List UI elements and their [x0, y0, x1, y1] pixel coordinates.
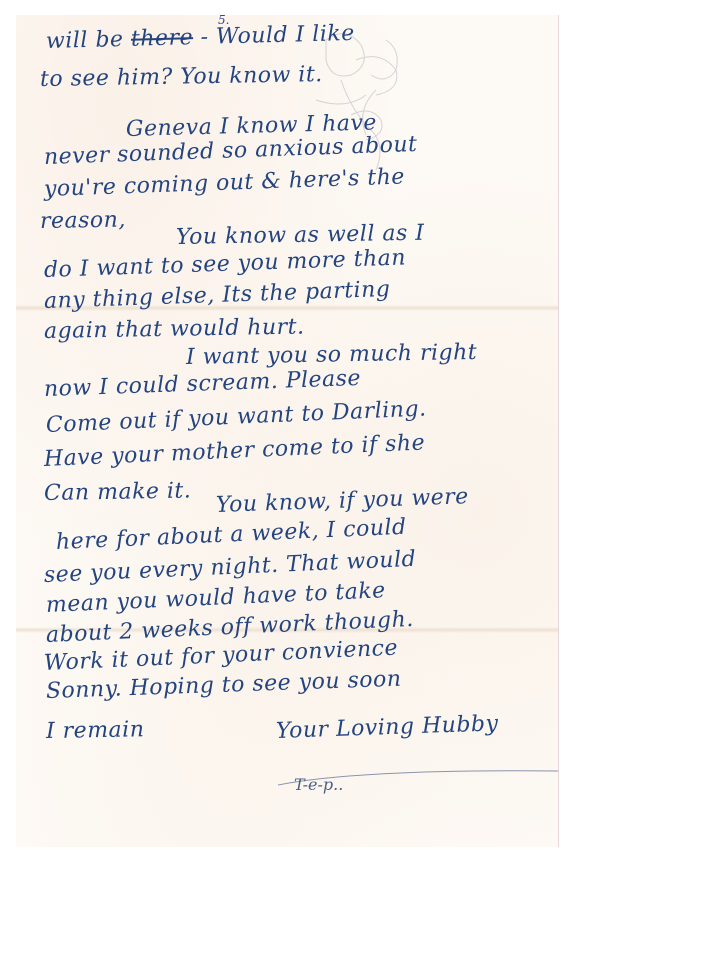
letter-line-16: You know, if you were: [216, 484, 470, 518]
signature-initials: T-e-p..: [294, 775, 343, 794]
letter-line-10: again that would hurt.: [44, 314, 305, 344]
letter-line-12: now I could scream. Please: [44, 366, 362, 402]
letter-line-11: I want you so much right: [186, 340, 478, 370]
letter-line-23: I remain: [46, 717, 145, 744]
text-segment: will be: [46, 27, 132, 54]
letter-line-15: Can make it.: [44, 478, 192, 506]
text-segment: - Would I like: [193, 21, 355, 50]
letter-page: 5. will be there - Would I like to see h…: [16, 15, 559, 847]
letter-line-14: Have your mother come to if she: [43, 430, 425, 472]
struck-word: there: [131, 25, 194, 52]
letter-closing: Your Loving Hubby: [276, 711, 499, 744]
letter-line-5: you're coming out & here's the: [44, 164, 406, 202]
letter-line-2: to see him? You know it.: [40, 62, 323, 92]
letter-line-6: reason,: [40, 208, 126, 234]
